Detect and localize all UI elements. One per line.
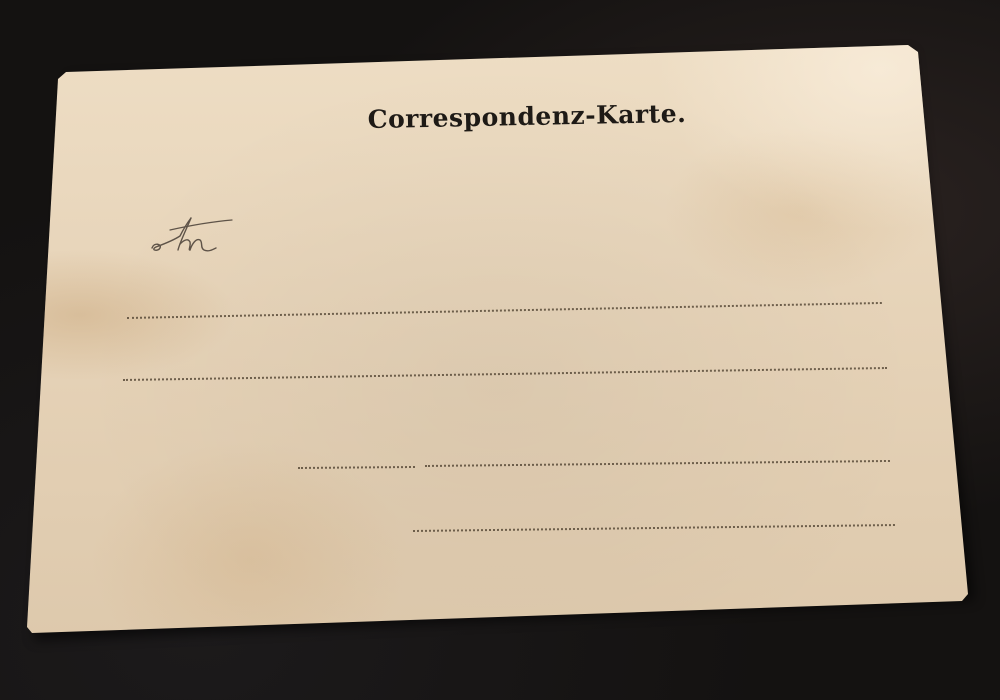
postcard: Correspondenz-Karte. An [0,0,1000,700]
address-line-3b [425,460,890,467]
postcard-title: Correspondenz-Karte. [362,94,693,140]
handwritten-an: An [148,214,238,262]
address-line-2 [123,367,887,381]
address-line-3a [298,466,415,469]
address-line-4 [413,524,895,532]
handwritten-an-text: An [148,214,149,215]
address-line-1 [127,302,882,319]
handwriting-stroke-icon [148,214,238,262]
